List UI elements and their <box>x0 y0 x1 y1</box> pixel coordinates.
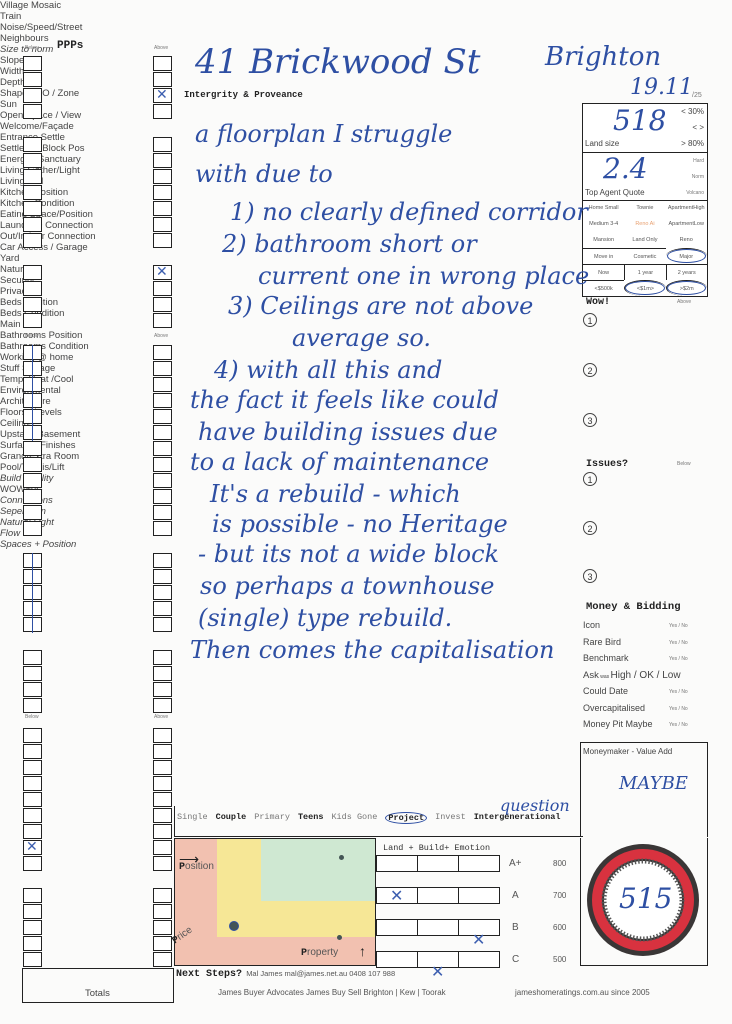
issue-number-icon: 2 <box>583 521 597 535</box>
property-label: Property <box>301 947 338 959</box>
above-checkbox[interactable] <box>153 361 172 376</box>
grade-score: 500 <box>553 955 566 964</box>
type-option[interactable]: Home Small <box>583 200 624 216</box>
money-title: Money & Bidding <box>586 601 681 613</box>
above-checkbox[interactable] <box>153 393 172 408</box>
above-checkbox[interactable] <box>153 425 172 440</box>
pen-line-mark <box>32 377 33 393</box>
moneymaker-value: MAYBE <box>619 773 688 794</box>
company: James Buyer Advocates James Buy Sell Bri… <box>218 988 446 997</box>
note-line: 1) no clearly defined corridor <box>230 198 588 226</box>
note-line: 2) bathroom short or <box>222 230 477 258</box>
land-size-label: Land size <box>585 139 619 148</box>
above-checkbox[interactable] <box>153 666 172 681</box>
note-line: - but its not a wide block <box>198 540 499 568</box>
above-checkbox[interactable] <box>153 856 172 871</box>
note-line: It's a rebuild - which <box>210 480 461 508</box>
checklist-item-label: Shape / HO / Zone <box>0 88 732 99</box>
buyer-type-option[interactable]: Invest <box>435 812 466 824</box>
wow-above: Above <box>677 299 691 305</box>
contact: Mal James mal@james.net.au 0408 107 988 <box>246 969 395 978</box>
above-checkbox[interactable] <box>153 345 172 360</box>
land-size-section: 518 Land size < 30% < > > 80% <box>583 104 707 153</box>
above-checkbox[interactable] <box>153 569 172 584</box>
below-checkbox[interactable] <box>23 666 42 681</box>
cross-mark-icon: ✕ <box>156 265 168 279</box>
type-option[interactable]: 1 year <box>624 264 665 280</box>
above-checkbox[interactable] <box>153 952 172 967</box>
above-checkbox[interactable] <box>153 313 172 328</box>
pen-line-mark <box>32 553 33 569</box>
above-checkbox[interactable] <box>153 698 172 713</box>
below-checkbox[interactable] <box>23 153 42 168</box>
below-checkbox[interactable] <box>23 760 42 775</box>
above-label: Above <box>154 333 168 339</box>
above-checkbox[interactable] <box>153 233 172 248</box>
grade-cell[interactable] <box>376 919 418 936</box>
type-option[interactable]: Now <box>583 264 624 280</box>
grade-cell[interactable] <box>376 951 418 968</box>
above-checkbox[interactable] <box>153 904 172 919</box>
rating-value: 515 <box>619 882 672 915</box>
wow-number-icon: 3 <box>583 413 597 427</box>
note-line: to a lack of maintenance <box>190 448 489 476</box>
note-line: 4) with all this and <box>214 356 442 384</box>
money-row-label: Icon <box>583 620 600 630</box>
checklist-item-label: Noise/Speed/Street <box>0 22 732 33</box>
above-checkbox[interactable] <box>153 153 172 168</box>
above-checkbox[interactable] <box>153 201 172 216</box>
below-checkbox[interactable] <box>23 137 42 152</box>
above-checkbox[interactable] <box>153 776 172 791</box>
grade-cell[interactable] <box>458 855 500 872</box>
grade-score: 600 <box>553 923 566 932</box>
grade-cell[interactable] <box>417 855 459 872</box>
grade-cell[interactable] <box>376 855 418 872</box>
position-price-property-matrix: ⟶ Position Price Property ↑ <box>174 838 376 966</box>
below-checkbox[interactable] <box>23 650 42 665</box>
grade-cell[interactable] <box>458 887 500 904</box>
wow-number-icon: 2 <box>583 363 597 377</box>
above-checkbox[interactable] <box>153 840 172 855</box>
below-checkbox[interactable] <box>23 698 42 713</box>
land-pct-1: < > <box>692 123 704 132</box>
checklist-item-label: Village Mosaic <box>0 0 732 11</box>
address: 41 Brickwood St <box>195 42 480 82</box>
above-checkbox[interactable] <box>153 281 172 296</box>
note-line: is possible - no Heritage <box>212 510 508 538</box>
below-checkbox[interactable] <box>23 217 42 232</box>
above-checkbox[interactable] <box>153 409 172 424</box>
above-checkbox[interactable] <box>153 521 172 536</box>
matrix-dot <box>339 855 344 860</box>
below-checkbox[interactable] <box>23 169 42 184</box>
above-checkbox[interactable] <box>153 137 172 152</box>
buyer-type-option[interactable]: Teens <box>298 812 324 824</box>
cross-mark-icon: ✕ <box>390 889 403 903</box>
above-checkbox[interactable] <box>153 297 172 312</box>
type-option[interactable]: Move in <box>583 248 624 264</box>
grade-letter: C <box>512 954 519 965</box>
rating-gauge-box: 515 <box>580 838 708 966</box>
note-line: average so. <box>292 324 431 352</box>
below-checkbox[interactable] <box>23 682 42 697</box>
moneymaker-label: Moneymaker - Value Add <box>583 747 672 756</box>
below-checkbox[interactable] <box>23 185 42 200</box>
note-line: 3) Ceilings are not above <box>228 292 533 320</box>
above-checkbox[interactable] <box>153 217 172 232</box>
matrix-dot <box>229 921 239 931</box>
type-option[interactable]: Reno <box>666 232 707 248</box>
next-steps: Next Steps? Mal James mal@james.net.au 0… <box>176 969 395 980</box>
property-arrow-icon: ↑ <box>359 943 366 959</box>
below-checkbox[interactable] <box>23 441 42 456</box>
integrity-title: Intergrity & Proveance <box>184 90 303 100</box>
grade-letter: A+ <box>509 858 522 869</box>
type-option[interactable]: Medium 3-4 <box>583 216 624 232</box>
above-checkbox[interactable] <box>153 920 172 935</box>
buyer-type-option[interactable]: Primary <box>254 812 290 824</box>
below-checkbox[interactable] <box>23 824 42 839</box>
yes-no-option[interactable]: Yes / No <box>669 656 688 662</box>
grade-header: Land + Build+ Emotion <box>383 843 490 853</box>
grade-score: 700 <box>553 891 566 900</box>
below-checkbox[interactable] <box>23 505 42 520</box>
above-checkbox[interactable] <box>153 888 172 903</box>
yes-no-option[interactable]: Yes / No <box>669 623 688 629</box>
totals-box: Totals <box>22 968 174 1003</box>
buyer-type-option[interactable]: Single <box>177 812 208 824</box>
below-checkbox[interactable] <box>23 88 42 103</box>
below-checkbox[interactable] <box>23 281 42 296</box>
note-line: so perhaps a townhouse <box>200 572 494 600</box>
land-size-value: 518 <box>613 104 666 137</box>
next-steps-title: Next Steps? <box>176 969 242 980</box>
type-option[interactable]: Land Only <box>624 232 665 248</box>
ask-row: Ask was High / OK / Low <box>583 670 681 681</box>
type-option[interactable]: Townie <box>624 200 665 216</box>
grade-score: 800 <box>553 859 566 868</box>
agent-quote-label: Top Agent Quote <box>585 188 645 197</box>
below-checkbox[interactable] <box>23 457 42 472</box>
above-checkbox[interactable] <box>153 601 172 616</box>
type-option[interactable]: >$2m <box>666 280 707 296</box>
above-checkbox[interactable] <box>153 824 172 839</box>
pen-line-mark <box>32 425 33 441</box>
below-checkbox[interactable] <box>23 56 42 71</box>
below-checkbox[interactable] <box>23 265 42 280</box>
note-line: Then comes the capitalisation <box>190 636 554 664</box>
buyer-type-option[interactable]: Couple <box>216 812 247 824</box>
agent-level-1: Norm <box>692 174 704 180</box>
above-checkbox[interactable] <box>153 792 172 807</box>
below-checkbox[interactable] <box>23 920 42 935</box>
date: 19.11 <box>630 75 693 100</box>
above-checkbox[interactable] <box>153 56 172 71</box>
money-row-label: Benchmark <box>583 653 629 663</box>
below-checkbox[interactable] <box>23 792 42 807</box>
below-checkbox[interactable] <box>23 936 42 951</box>
below-label: Below <box>25 714 39 720</box>
agent-quote-value: 2.4 <box>603 152 648 185</box>
above-checkbox[interactable] <box>153 936 172 951</box>
below-checkbox[interactable] <box>23 888 42 903</box>
pen-line-mark <box>32 409 33 425</box>
pen-line-mark <box>32 569 33 585</box>
type-option[interactable]: Cosmetic <box>624 248 665 264</box>
above-checkbox[interactable] <box>153 489 172 504</box>
note-line: with due to <box>195 160 333 188</box>
issues-title: Issues? <box>586 459 628 470</box>
pen-line-mark <box>32 585 33 601</box>
below-label: Below <box>25 333 39 339</box>
above-checkbox[interactable] <box>153 760 172 775</box>
cross-mark-icon: ✕ <box>431 965 444 979</box>
type-option[interactable]: <$1m> <box>624 280 665 296</box>
type-option[interactable]: ApartmentHigh <box>666 200 707 216</box>
above-checkbox[interactable] <box>153 505 172 520</box>
above-checkbox[interactable] <box>153 808 172 823</box>
above-checkbox[interactable] <box>153 617 172 632</box>
suburb: Brighton <box>545 42 661 72</box>
matrix-dot <box>337 935 342 940</box>
above-checkbox[interactable] <box>153 682 172 697</box>
date-suffix: /25 <box>692 92 702 99</box>
pen-line-mark <box>32 393 33 409</box>
wow-number-icon: 1 <box>583 313 597 327</box>
agent-quote-section: 2.4 Top Agent Quote Hard Norm Volcano <box>583 152 707 201</box>
issue-number-icon: 1 <box>583 472 597 486</box>
grade-cell[interactable] <box>417 919 459 936</box>
moneymaker-box: Moneymaker - Value Add MAYBE <box>580 742 708 837</box>
website: jameshomeratings.com.au since 2005 <box>515 988 650 997</box>
type-option[interactable]: Mansion <box>583 232 624 248</box>
grade-cell[interactable] <box>458 951 500 968</box>
below-checkbox[interactable] <box>23 728 42 743</box>
yes-no-option[interactable]: Yes / No <box>669 689 688 695</box>
below-checkbox[interactable] <box>23 904 42 919</box>
issues-below: Below <box>677 461 691 467</box>
below-checkbox[interactable] <box>23 313 42 328</box>
above-checkbox[interactable] <box>153 72 172 87</box>
position-label: Position <box>179 861 214 873</box>
land-pct-0: < 30% <box>681 107 704 116</box>
below-checkbox[interactable] <box>23 72 42 87</box>
totals-label: Totals <box>85 988 110 999</box>
agent-level-2: Volcano <box>686 190 704 196</box>
above-checkbox[interactable] <box>153 185 172 200</box>
type-option[interactable]: 2 years <box>666 264 707 280</box>
below-checkbox[interactable] <box>23 297 42 312</box>
checklist-item-label: Train <box>0 11 732 22</box>
below-checkbox[interactable] <box>23 489 42 504</box>
pen-line-mark <box>32 345 33 361</box>
money-row-label: Could Date <box>583 686 628 696</box>
below-checkbox[interactable] <box>23 473 42 488</box>
above-checkbox[interactable] <box>153 553 172 568</box>
note-line: question <box>500 796 570 815</box>
above-checkbox[interactable] <box>153 104 172 119</box>
type-option[interactable]: ApartmentLow <box>666 216 707 232</box>
note-line: current one in wrong place <box>258 262 589 290</box>
type-grid: Home SmallTownieApartmentHighMedium 3-4R… <box>583 200 707 296</box>
wow-title: Wow! <box>586 297 610 308</box>
grade-letter: A <box>512 890 519 901</box>
below-checkbox[interactable] <box>23 233 42 248</box>
pen-line-mark <box>32 361 33 377</box>
yes-no-option[interactable]: Yes / No <box>669 640 688 646</box>
type-option[interactable]: Major <box>666 248 707 264</box>
buyer-type-option[interactable]: Project <box>385 812 427 824</box>
pen-line-mark <box>32 617 33 633</box>
below-checkbox[interactable] <box>23 744 42 759</box>
agent-level-0: Hard <box>693 158 704 164</box>
above-checkbox[interactable] <box>153 457 172 472</box>
note-line: a floorplan I struggle <box>195 120 452 148</box>
money-row-label: Overcapitalised <box>583 703 645 713</box>
property-panel: 518 Land size < 30% < > > 80% 2.4 Top Ag… <box>582 103 708 297</box>
above-checkbox[interactable] <box>153 728 172 743</box>
money-row-label: Money Pit Maybe <box>583 719 653 729</box>
above-label: Above <box>154 45 168 51</box>
above-checkbox[interactable] <box>153 585 172 600</box>
below-checkbox[interactable] <box>23 856 42 871</box>
below-checkbox[interactable] <box>23 521 42 536</box>
ppps-title: PPPs <box>57 40 83 52</box>
above-checkbox[interactable] <box>153 744 172 759</box>
land-pct-2: > 80% <box>681 139 704 148</box>
type-option[interactable]: Reno Ai <box>624 216 665 232</box>
above-checkbox[interactable] <box>153 169 172 184</box>
above-checkbox[interactable] <box>153 377 172 392</box>
yes-no-option[interactable]: Yes / No <box>669 706 688 712</box>
type-option[interactable]: <$500k <box>583 280 624 296</box>
grade-letter: B <box>512 922 519 933</box>
cross-mark-icon: ✕ <box>472 933 485 947</box>
below-checkbox[interactable] <box>23 808 42 823</box>
above-checkbox[interactable] <box>153 650 172 665</box>
below-checkbox[interactable] <box>23 952 42 967</box>
cross-mark-icon: ✕ <box>156 88 168 102</box>
above-checkbox[interactable] <box>153 441 172 456</box>
below-checkbox[interactable] <box>23 776 42 791</box>
pen-line-mark <box>32 601 33 617</box>
grade-cell[interactable] <box>417 887 459 904</box>
below-checkbox[interactable] <box>23 201 42 216</box>
above-label: Above <box>154 714 168 720</box>
below-label: Below <box>25 45 39 51</box>
note-line: have building issues due <box>198 418 498 446</box>
cross-mark-icon: ✕ <box>26 840 38 854</box>
note-line: (single) type rebuild. <box>198 604 452 632</box>
above-checkbox[interactable] <box>153 473 172 488</box>
issue-number-icon: 3 <box>583 569 597 583</box>
buyer-type-option[interactable]: Kids Gone <box>331 812 377 824</box>
note-line: the fact it feels like could <box>190 386 499 414</box>
below-checkbox[interactable] <box>23 104 42 119</box>
money-row-label: Rare Bird <box>583 637 621 647</box>
yes-no-option[interactable]: Yes / No <box>669 722 688 728</box>
